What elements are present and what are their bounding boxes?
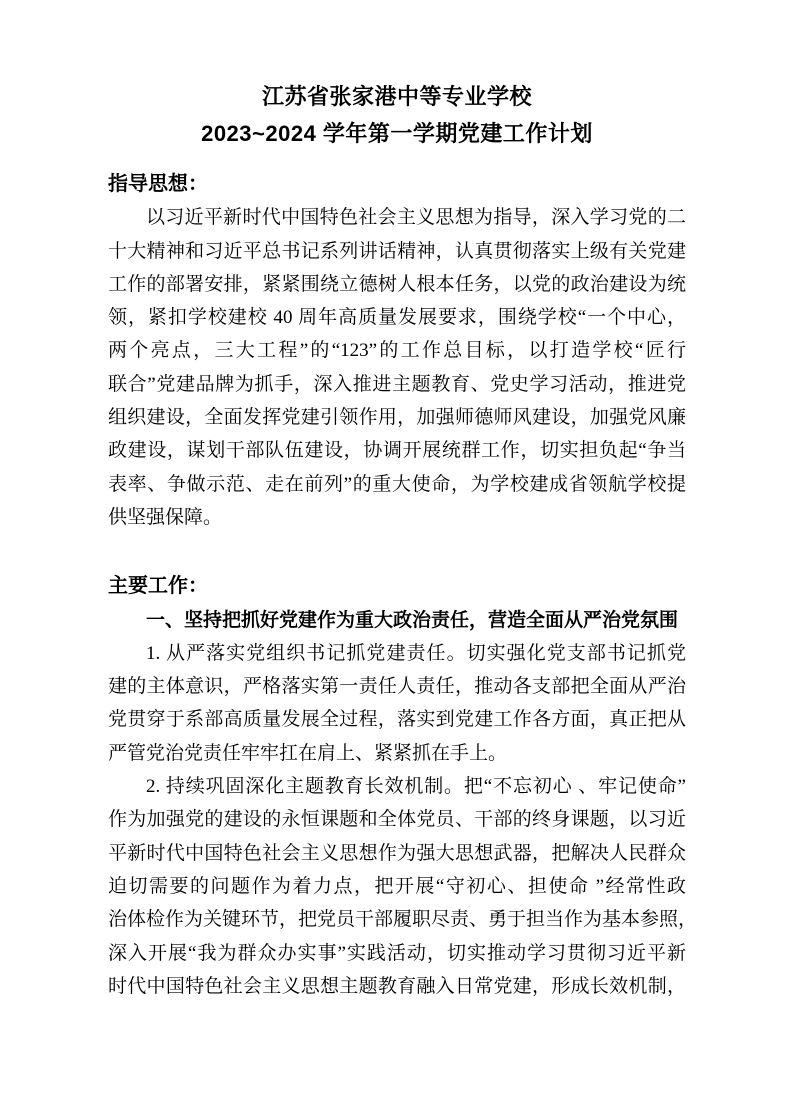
text-line: 联合”党建品牌为抓手，深入推进主题教育、党史学习活动，推进党: [108, 368, 686, 401]
main-work-paragraph-2: 2. 持续巩固深化主题教育长效机制。把“不忘初心 、牢记使命”作为加强党的建设的…: [108, 770, 686, 1003]
text-line: 两个亮点，三大工程”的“123”的工作总目标，以打造学校“匠行: [108, 334, 686, 367]
text-line: 时代中国特色社会主义思想主题教育融入日常党建，形成长效机制，: [108, 970, 686, 1003]
text-line: 作为加强党的建设的永恒课题和全体党员、干部的终身课题，以习近: [108, 803, 686, 836]
text-line: 严管党治党责任牢牢扛在肩上、紧紧抓在手上。: [108, 737, 686, 770]
text-line: 表率、争做示范、走在前列”的重大使命，为学校建成省领航学校提: [108, 468, 686, 501]
document-content: 江苏省张家港中等专业学校 2023~2024 学年第一学期党建工作计划 指导思想…: [108, 78, 686, 1003]
document-page: 江苏省张家港中等专业学校 2023~2024 学年第一学期党建工作计划 指导思想…: [0, 0, 794, 1108]
text-line: 迫切需要的问题作为着力点，把开展“守初心、担使命 ”经常性政: [108, 870, 686, 903]
text-line: 深入开展“我为群众办实事”实践活动，切实推动学习贯彻习近平新: [108, 937, 686, 970]
main-work-paragraph-1: 1. 从严落实党组织书记抓党建责任。切实强化党支部书记抓党建的主体意识，严格落实…: [108, 637, 686, 770]
text-line: 以习近平新时代中国特色社会主义思想为指导，深入学习党的二: [108, 201, 686, 234]
text-line: 十大精神和习近平总书记系列讲话精神，认真贯彻落实上级有关党建: [108, 235, 686, 268]
text-line: 建的主体意识，严格落实第一责任人责任，推动各支部把全面从严治: [108, 670, 686, 703]
text-line: 供坚强保障。: [108, 501, 686, 534]
document-subtitle: 2023~2024 学年第一学期党建工作计划: [108, 115, 686, 152]
text-line: 党贯穿于系部高质量发展全过程，落实到党建工作各方面，真正把从: [108, 703, 686, 736]
section-heading-guiding-ideology: 指导思想：: [108, 168, 686, 201]
text-line: 领，紧扣学校建校 40 周年高质量发展要求，围绕学校“一个中心，: [108, 301, 686, 334]
text-line: 政建设，谋划干部队伍建设，协调开展统群工作，切实担负起“争当: [108, 434, 686, 467]
section-heading-main-work: 主要工作：: [108, 570, 686, 603]
text-line: 1. 从严落实党组织书记抓党建责任。切实强化党支部书记抓党: [108, 637, 686, 670]
text-line: 治体检作为关键环节，把党员干部履职尽责、勇于担当作为基本参照，: [108, 903, 686, 936]
main-work-item-one-heading: 一、坚持把抓好党建作为重大政治责任，营造全面从严治党氛围: [108, 604, 686, 637]
guiding-ideology-paragraph: 以习近平新时代中国特色社会主义思想为指导，深入学习党的二十大精神和习近平总书记系…: [108, 201, 686, 534]
document-title: 江苏省张家港中等专业学校: [108, 78, 686, 115]
text-line: 2. 持续巩固深化主题教育长效机制。把“不忘初心 、牢记使命”: [108, 770, 686, 803]
text-line: 工作的部署安排，紧紧围绕立德树人根本任务，以党的政治建设为统: [108, 268, 686, 301]
text-line: 平新时代中国特色社会主义思想作为强大思想武器，把解决人民群众: [108, 837, 686, 870]
text-line: 组织建设，全面发挥党建引领作用，加强师德师风建设，加强党风廉: [108, 401, 686, 434]
